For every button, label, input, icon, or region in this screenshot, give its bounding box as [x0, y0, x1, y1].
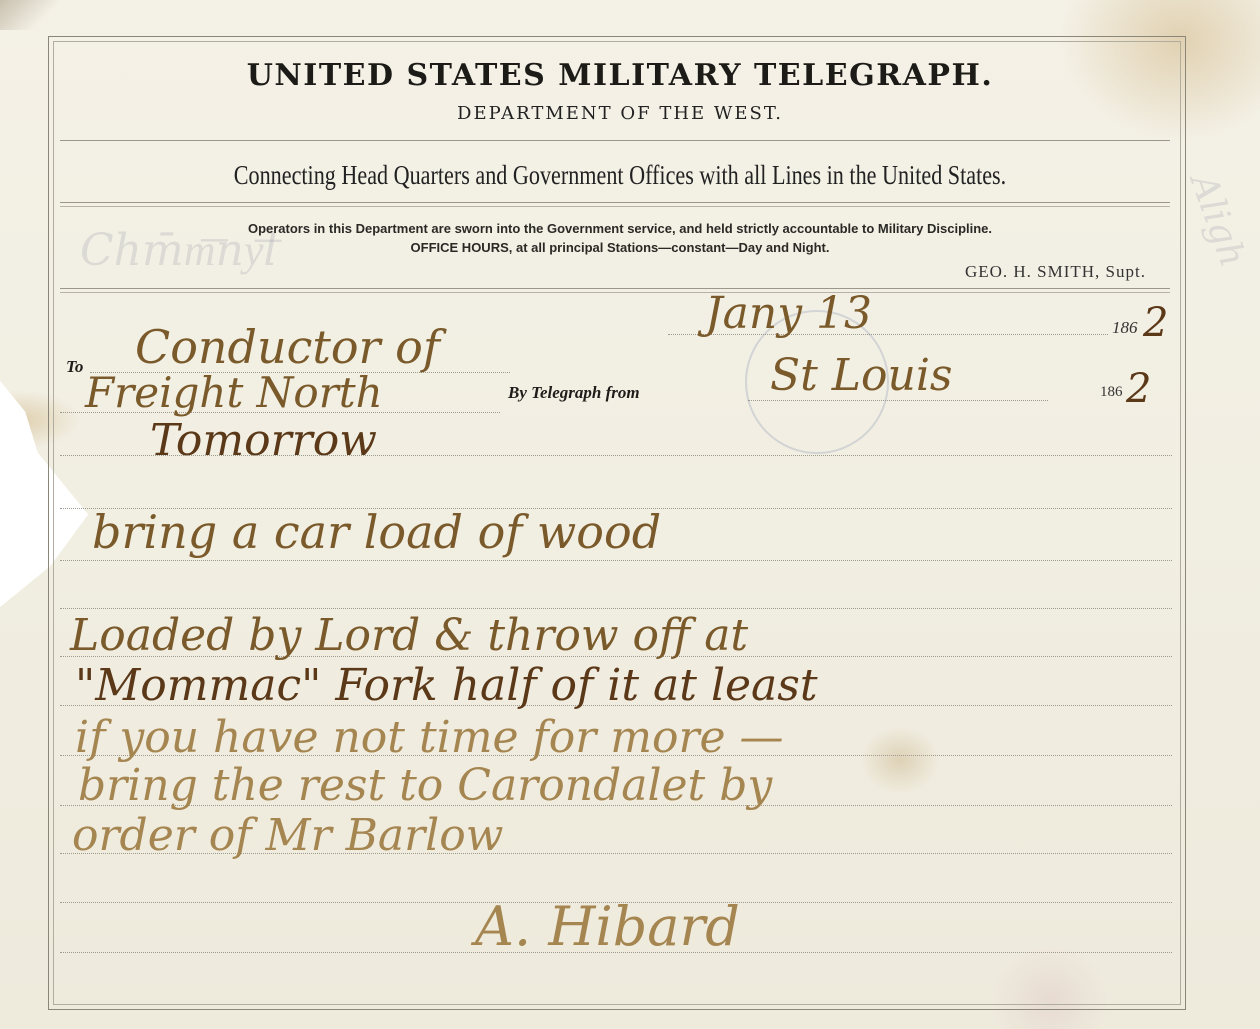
header-rule — [60, 140, 1170, 141]
to-label: To — [66, 357, 83, 377]
superintendent: GEO. H. SMITH, Supt. — [965, 262, 1146, 282]
page-fold — [0, 0, 60, 30]
ruled-line — [60, 608, 1172, 609]
message-line-4: if you have not time for more — — [75, 712, 784, 763]
message-line-6: order of Mr Barlow — [72, 810, 503, 861]
handwritten-year-1: 2 — [1143, 300, 1168, 346]
ruled-line — [60, 560, 1172, 561]
notice-line-2: OFFICE HOURS, at all principal Stations—… — [60, 240, 1180, 255]
message-line-5: bring the rest to Carondalet by — [78, 760, 772, 811]
message-line-1: bring a car load of wood — [92, 505, 661, 559]
tagline: Connecting Head Quarters and Government … — [161, 160, 1079, 191]
handwritten-recipient-line-3: Tomorrow — [150, 415, 377, 466]
message-line-2: Loaded by Lord & throw off at — [70, 610, 748, 661]
handwritten-date: Jany 13 — [705, 288, 872, 339]
handwritten-recipient-line-1: Conductor of — [135, 320, 440, 374]
handwritten-from-place: St Louis — [770, 350, 953, 401]
handwritten-recipient-line-2: Freight North — [85, 368, 383, 417]
year-prefix-1: 186 — [1112, 318, 1138, 338]
year-prefix-2: 186 — [1100, 384, 1123, 401]
department-subtitle: DEPARTMENT OF THE WEST. — [60, 103, 1180, 124]
by-telegraph-label: By Telegraph from — [508, 383, 640, 403]
document-title: UNITED STATES MILITARY TELEGRAPH. — [60, 58, 1180, 93]
tagline-rule — [60, 202, 1170, 207]
message-line-3: "Mommac" Fork half of it at least — [75, 660, 818, 711]
ruled-line — [60, 455, 1172, 456]
handwritten-year-2: 2 — [1126, 366, 1151, 412]
supt-rule — [60, 288, 1170, 293]
signature: A. Hibard — [475, 895, 740, 958]
notice-line-1: Operators in this Department are sworn i… — [60, 221, 1180, 236]
